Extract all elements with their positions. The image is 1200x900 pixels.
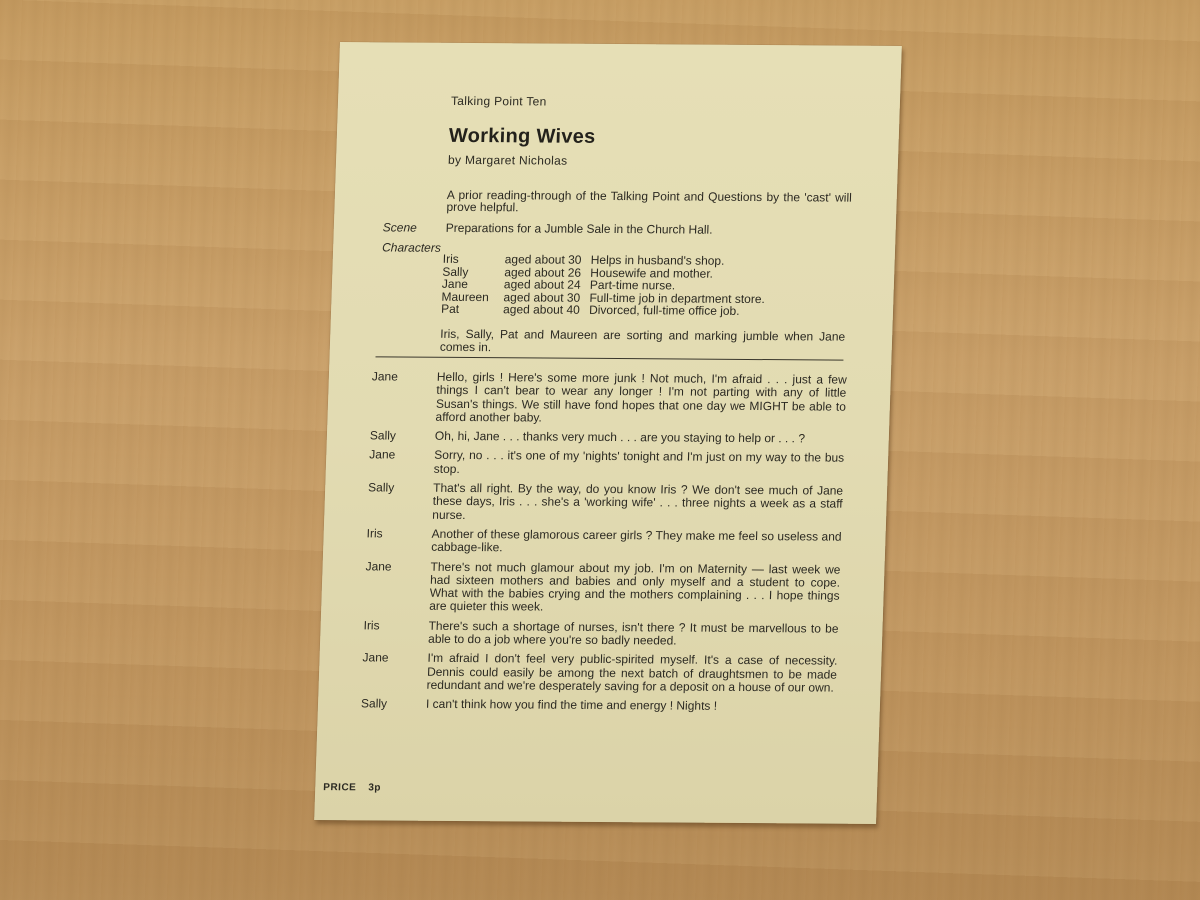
- characters-table: Irisaged about 30Helps in husband's shop…: [441, 253, 772, 318]
- price-tag: PRICE3p: [323, 782, 381, 793]
- dialogue-line: IrisThere's such a shortage of nurses, i…: [363, 619, 839, 649]
- section-divider: [376, 356, 844, 360]
- price-value: 3p: [368, 782, 381, 793]
- scene-intro: Iris, Sally, Pat and Maureen are sorting…: [440, 328, 846, 357]
- dialogue-line: JaneHello, girls ! Here's some more junk…: [370, 370, 847, 427]
- speaker-name: Jane: [369, 449, 435, 476]
- dialogue-line: IrisAnother of these glamorous career gi…: [366, 527, 842, 557]
- dialogue: JaneHello, girls ! Here's some more junk…: [361, 370, 847, 720]
- characters-label: Characters: [382, 240, 441, 254]
- speaker-name: Iris: [366, 527, 432, 554]
- speaker-name: Iris: [363, 619, 429, 646]
- speech-text: There's such a shortage of nurses, isn't…: [428, 620, 839, 649]
- dialogue-line: JaneSorry, no . . . it's one of my 'nigh…: [369, 449, 845, 479]
- dialogue-line: SallyOh, hi, Jane . . . thanks very much…: [370, 430, 845, 447]
- speech-text: Oh, hi, Jane . . . thanks very much . . …: [435, 430, 845, 446]
- speaker-name: Jane: [364, 560, 431, 614]
- speaker-name: Sally: [370, 430, 435, 444]
- author-byline: by Margaret Nicholas: [448, 153, 568, 168]
- script-page: Talking Point Ten Working Wives by Marga…: [314, 42, 902, 824]
- series-heading: Talking Point Ten: [451, 94, 547, 109]
- dialogue-line: JaneThere's not much glamour about my jo…: [364, 560, 841, 617]
- dialogue-line: SallyI can't think how you find the time…: [361, 698, 836, 715]
- speech-text: Another of these glamorous career girls …: [431, 528, 842, 557]
- speech-text: I'm afraid I don't feel very public-spir…: [426, 652, 837, 695]
- character-age: aged about 40: [503, 304, 589, 317]
- price-label: PRICE: [323, 782, 356, 793]
- speaker-name: Jane: [361, 652, 427, 692]
- reading-note: A prior reading-through of the Talking P…: [446, 189, 852, 216]
- speaker-name: Jane: [370, 370, 437, 424]
- speaker-name: Sally: [361, 698, 426, 712]
- scene-description: Preparations for a Jumble Sale in the Ch…: [446, 221, 713, 237]
- speech-text: There's not much glamour about my job. I…: [429, 560, 841, 616]
- character-name: Iris: [443, 253, 505, 266]
- speech-text: I can't think how you find the time and …: [426, 698, 836, 714]
- dialogue-line: SallyThat's all right. By the way, do yo…: [367, 481, 843, 524]
- speaker-name: Sally: [367, 481, 433, 521]
- character-row: Pataged about 40Divorced, full-time offi…: [441, 303, 771, 318]
- scene-label: Scene: [383, 220, 417, 234]
- speech-text: That's all right. By the way, do you kno…: [432, 482, 843, 525]
- document-title: Working Wives: [448, 125, 595, 149]
- dialogue-line: JaneI'm afraid I don't feel very public-…: [361, 652, 837, 695]
- speech-text: Sorry, no . . . it's one of my 'nights' …: [434, 449, 845, 478]
- character-name: Pat: [441, 303, 503, 316]
- character-description: Divorced, full-time office job.: [589, 304, 771, 318]
- speech-text: Hello, girls ! Here's some more junk ! N…: [435, 371, 847, 427]
